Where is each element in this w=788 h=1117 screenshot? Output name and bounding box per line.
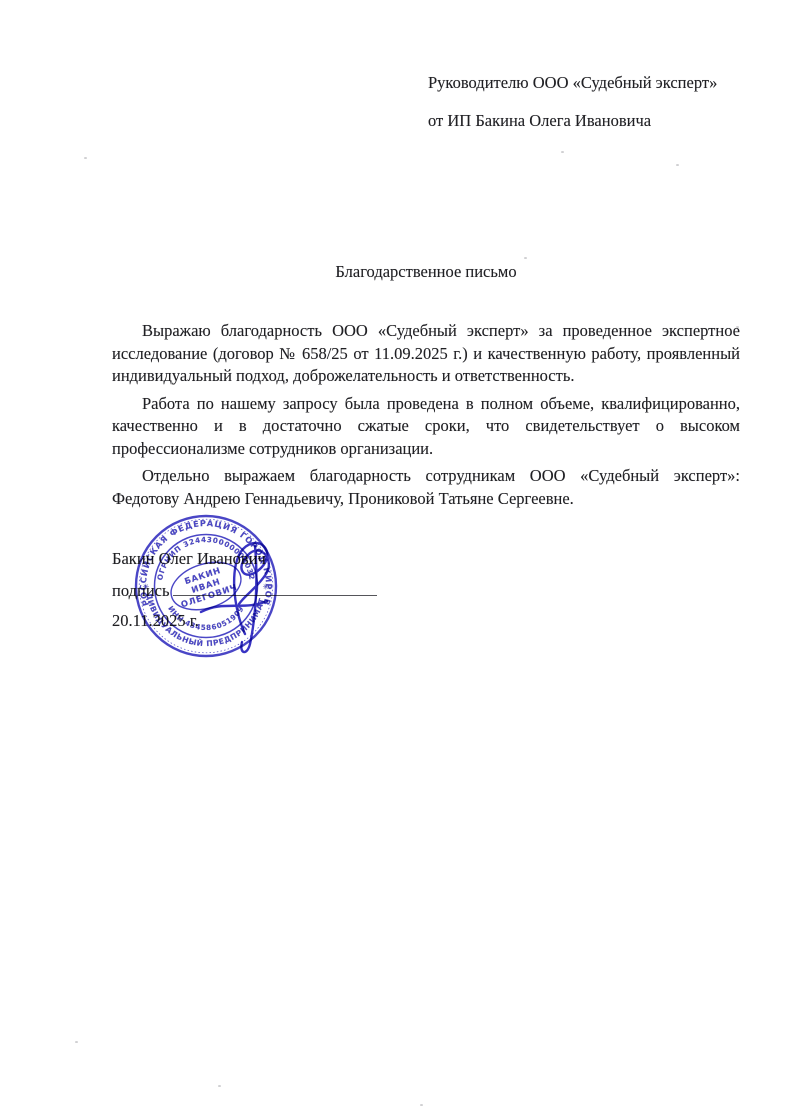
signature-stroke (234, 543, 269, 634)
scan-speck (524, 257, 527, 259)
recipient-line-2: от ИП Бакина Олега Ивановича (428, 111, 717, 130)
recipient-line-1: Руководителю ООО «Судебный эксперт» (428, 73, 717, 92)
scan-speck (736, 326, 739, 328)
star-icon: ✳ (143, 583, 150, 592)
scan-speck (218, 1085, 221, 1087)
handwritten-signature (183, 516, 308, 666)
paragraph-1: Выражаю благодарность ООО «Судебный эксп… (112, 320, 740, 388)
scan-speck (75, 1041, 78, 1043)
paragraph-3: Отдельно выражаем благодарность сотрудни… (112, 465, 740, 510)
letter-body: Выражаю благодарность ООО «Судебный эксп… (112, 320, 740, 515)
scan-speck (561, 151, 564, 153)
paragraph-2: Работа по нашему запросу была проведена … (112, 393, 740, 461)
signature-stroke (201, 601, 267, 612)
letter-title: Благодарственное письмо (112, 262, 740, 282)
scan-speck (676, 164, 679, 166)
recipient-block: Руководителю ООО «Судебный эксперт» от И… (428, 73, 717, 149)
scan-speck (420, 1104, 423, 1106)
scanned-letter-page: Руководителю ООО «Судебный эксперт» от И… (0, 0, 788, 1117)
scan-speck (84, 157, 87, 159)
